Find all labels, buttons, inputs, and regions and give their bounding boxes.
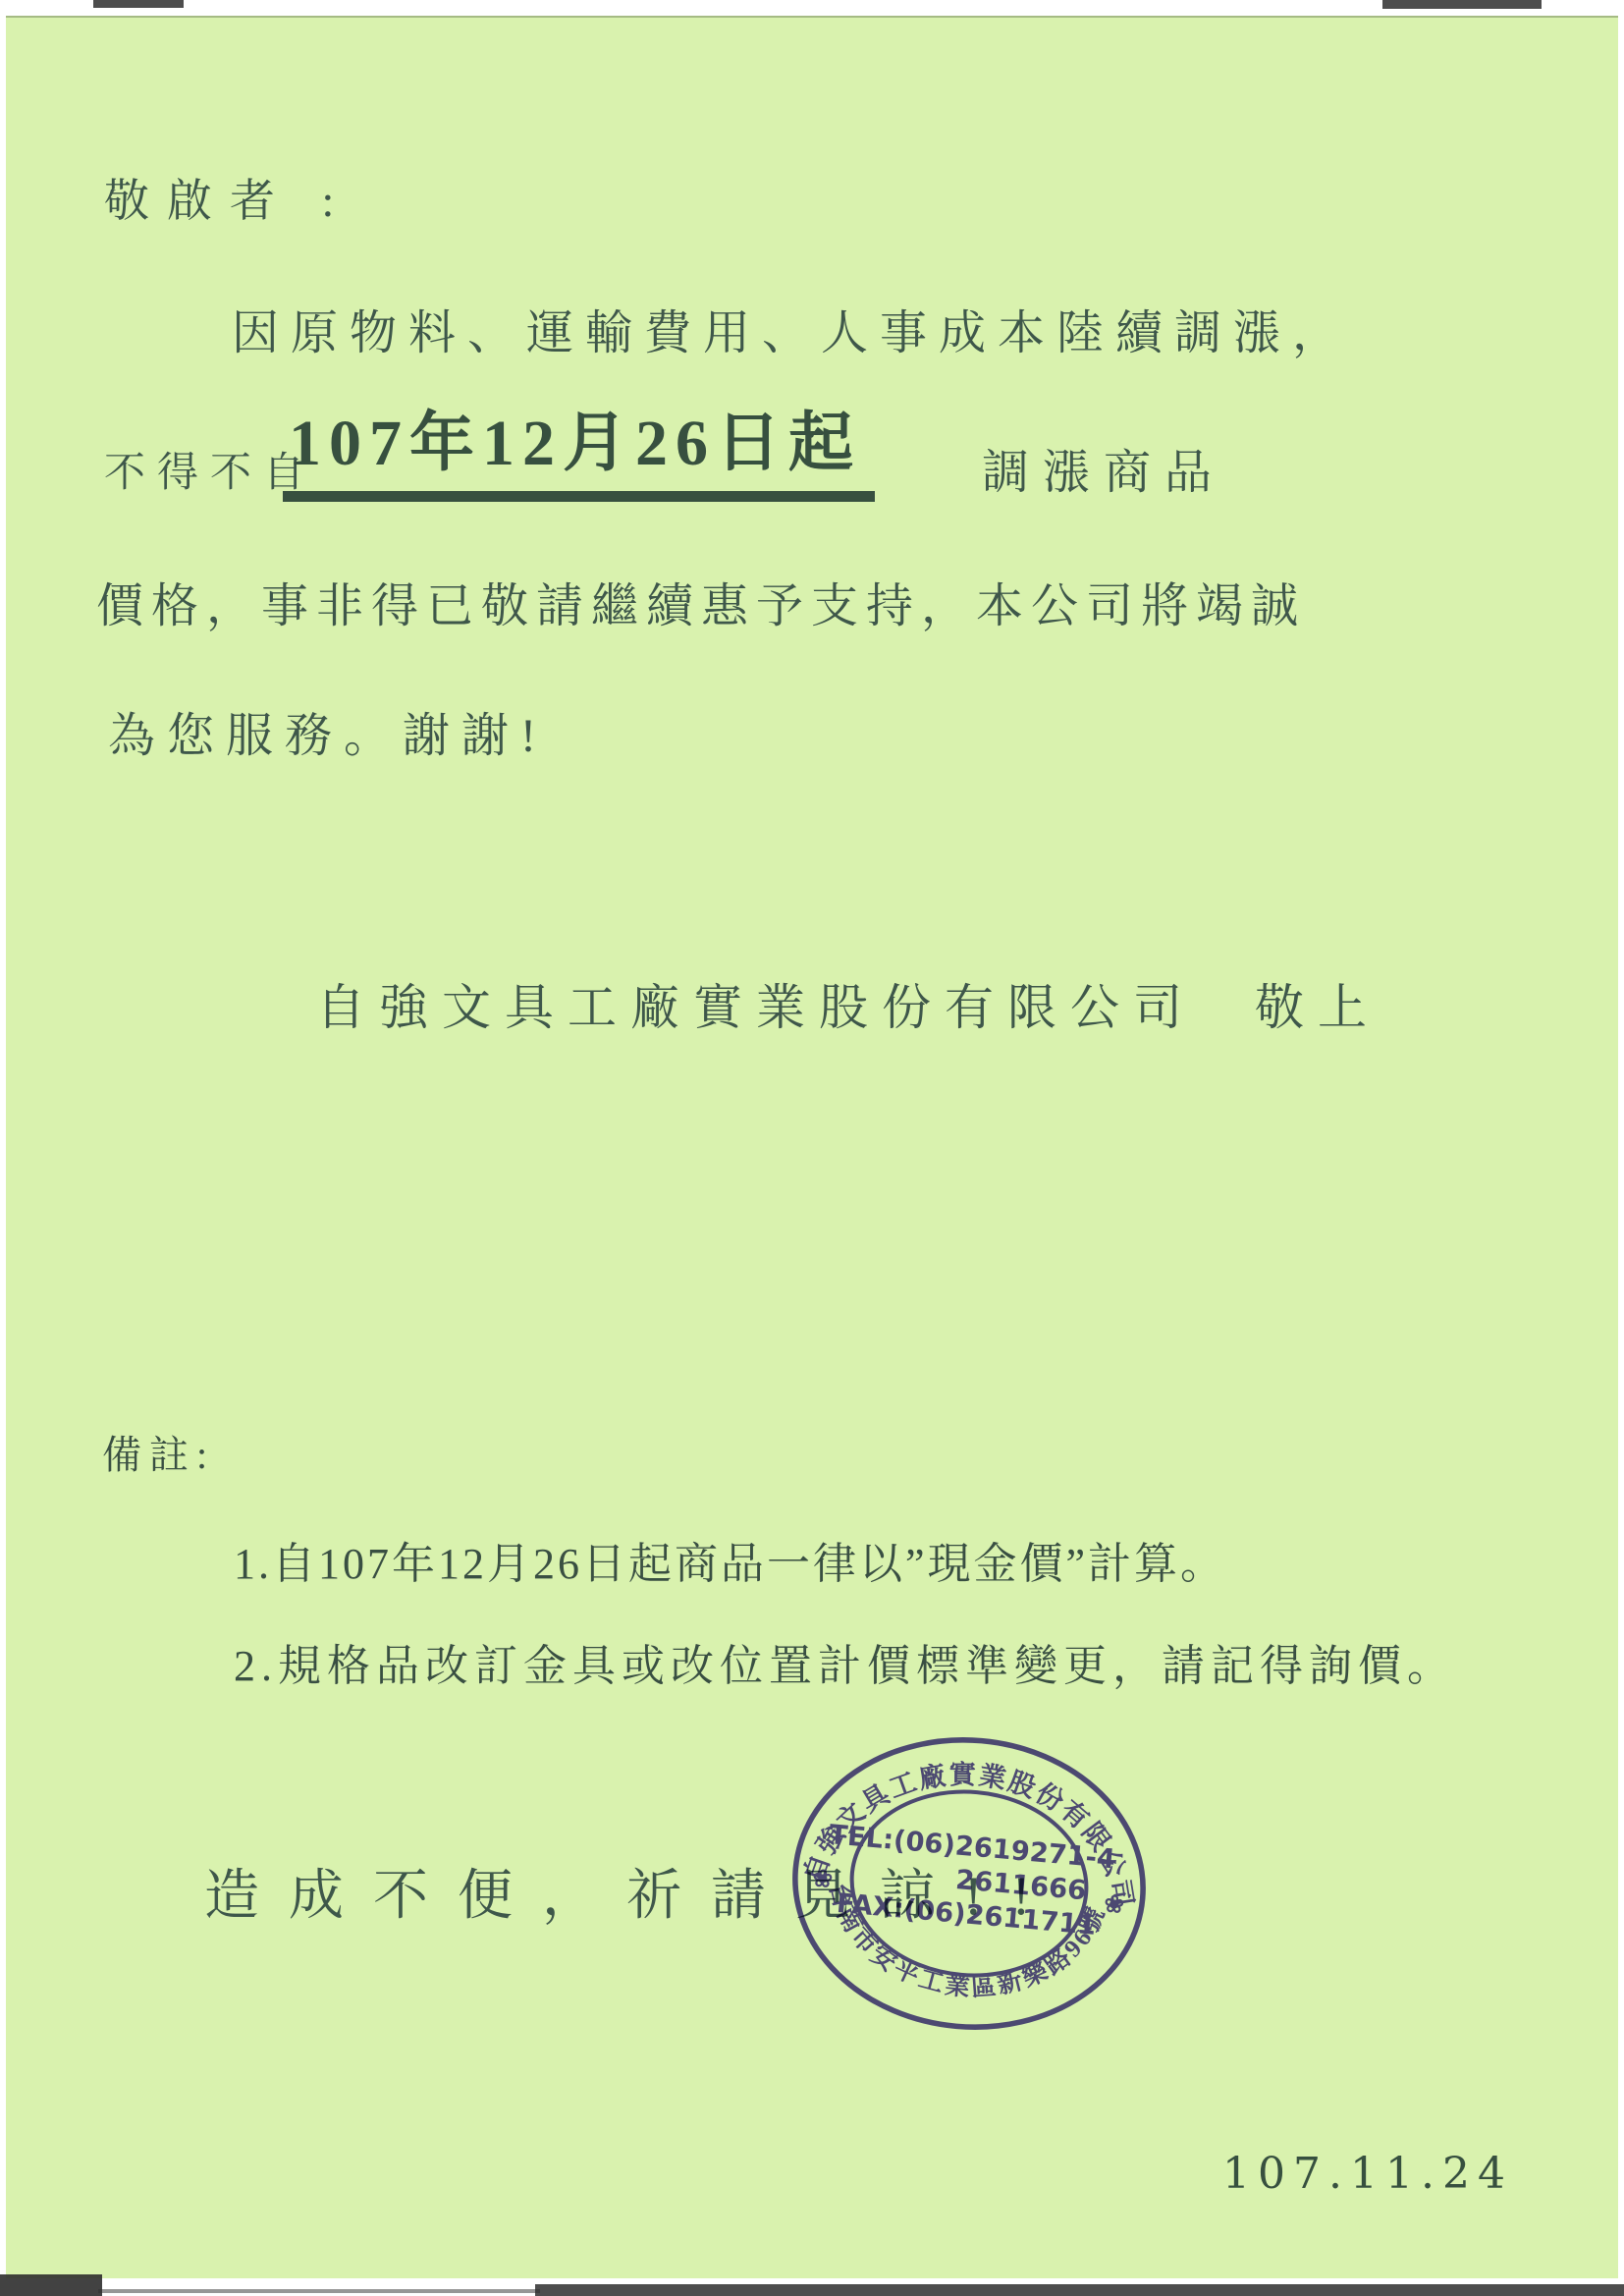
scan-artifact-bottom-thin: [98, 2289, 540, 2293]
body-line-3: 價格，事非得已敬請繼續惠予支持，本公司將竭誠: [96, 568, 1306, 635]
company-stamp: 自強文具工廠實業股份有限公司 台南市安平工業區新樂路96號 ❀ ❀ TEL:(0…: [777, 1720, 1161, 2049]
scan-artifact-top-left: [93, 0, 184, 8]
scan-artifact-top-right: [1382, 0, 1542, 9]
body-line-4: 為您服務。謝謝!: [108, 697, 548, 765]
flower-icon: ❀: [812, 1865, 835, 1893]
note-item-2: 2.規格品改訂金具或改位置計價標準變更，請記得詢價。: [234, 1630, 1456, 1693]
signature-row: 自強文具工廠實業股份有限公司 敬上: [316, 968, 1380, 1039]
scan-artifact-bottom-strip: [535, 2284, 1624, 2296]
signature-company: 自強文具工廠實業股份有限公司: [316, 968, 1196, 1039]
body-line-2-suffix: 調漲商品: [982, 434, 1225, 502]
scan-artifact-bottom-left: [0, 2274, 102, 2296]
salutation: 敬啟者 :: [104, 165, 352, 230]
notes-label: 備註:: [102, 1424, 215, 1480]
flower-icon: ❀: [1103, 1890, 1125, 1919]
note-item-1: 1.自107年12月26日起商品一律以”現金價”計算。: [234, 1528, 1226, 1591]
body-line-1: 因原物料、運輸費用、人事成本陸續調漲，: [232, 295, 1351, 362]
effective-date-underlined: 107年12月26日起: [283, 407, 875, 502]
document-date: 107.11.24: [1222, 2149, 1513, 2199]
company-stamp-seal: 自強文具工廠實業股份有限公司 台南市安平工業區新樂路96號 ❀ ❀ TEL:(0…: [777, 1720, 1161, 2049]
signature-closing: 敬上: [1255, 968, 1380, 1039]
